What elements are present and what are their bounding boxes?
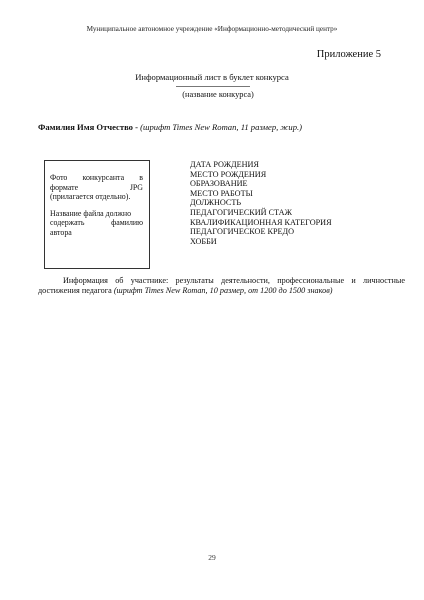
document-title: Информационный лист в буклет конкурса xyxy=(0,72,424,82)
field-birth-date: ДАТА РОЖДЕНИЯ xyxy=(190,160,332,170)
field-workplace: МЕСТО РАБОТЫ xyxy=(190,189,332,199)
participant-fields-list: ДАТА РОЖДЕНИЯ МЕСТО РОЖДЕНИЯ ОБРАЗОВАНИЕ… xyxy=(190,160,332,246)
full-name-line: Фамилия Имя Отчество - (шрифт Times New … xyxy=(38,122,302,132)
field-position: ДОЛЖНОСТЬ xyxy=(190,198,332,208)
photo-placeholder-box: Фото конкурсанта в формате JPG (прилагае… xyxy=(44,160,150,269)
info-font-hint: (шрифт Times New Roman, 10 размер, от 12… xyxy=(114,286,333,295)
page-number: 29 xyxy=(0,553,424,562)
field-birth-place: МЕСТО РОЖДЕНИЯ xyxy=(190,170,332,180)
field-teaching-experience: ПЕДАГОГИЧЕСКИЙ СТАЖ xyxy=(190,208,332,218)
field-qualification-category: КВАЛИФИКАЦИОННАЯ КАТЕГОРИЯ xyxy=(190,218,332,228)
contest-name-blank-line xyxy=(176,86,250,87)
photo-format-note: Фото конкурсанта в формате JPG (прилагае… xyxy=(50,173,143,202)
field-hobby: ХОББИ xyxy=(190,237,332,247)
full-name-font-hint: (шрифт Times New Roman, 11 размер, жир.) xyxy=(140,122,302,132)
full-name-placeholder: Фамилия Имя Отчество - xyxy=(38,122,140,132)
document-header: Муниципальное автономное учреждение «Инф… xyxy=(0,25,424,33)
photo-filename-note: Название файла должно содержать фамилию … xyxy=(50,209,143,238)
field-education: ОБРАЗОВАНИЕ xyxy=(190,179,332,189)
contest-name-hint: (название конкурса) xyxy=(0,90,424,99)
field-teaching-credo: ПЕДАГОГИЧЕСКОЕ КРЕДО xyxy=(190,227,332,237)
appendix-label: Приложение 5 xyxy=(317,49,381,60)
participant-info-paragraph: Информация об участнике: результаты деят… xyxy=(38,276,405,296)
